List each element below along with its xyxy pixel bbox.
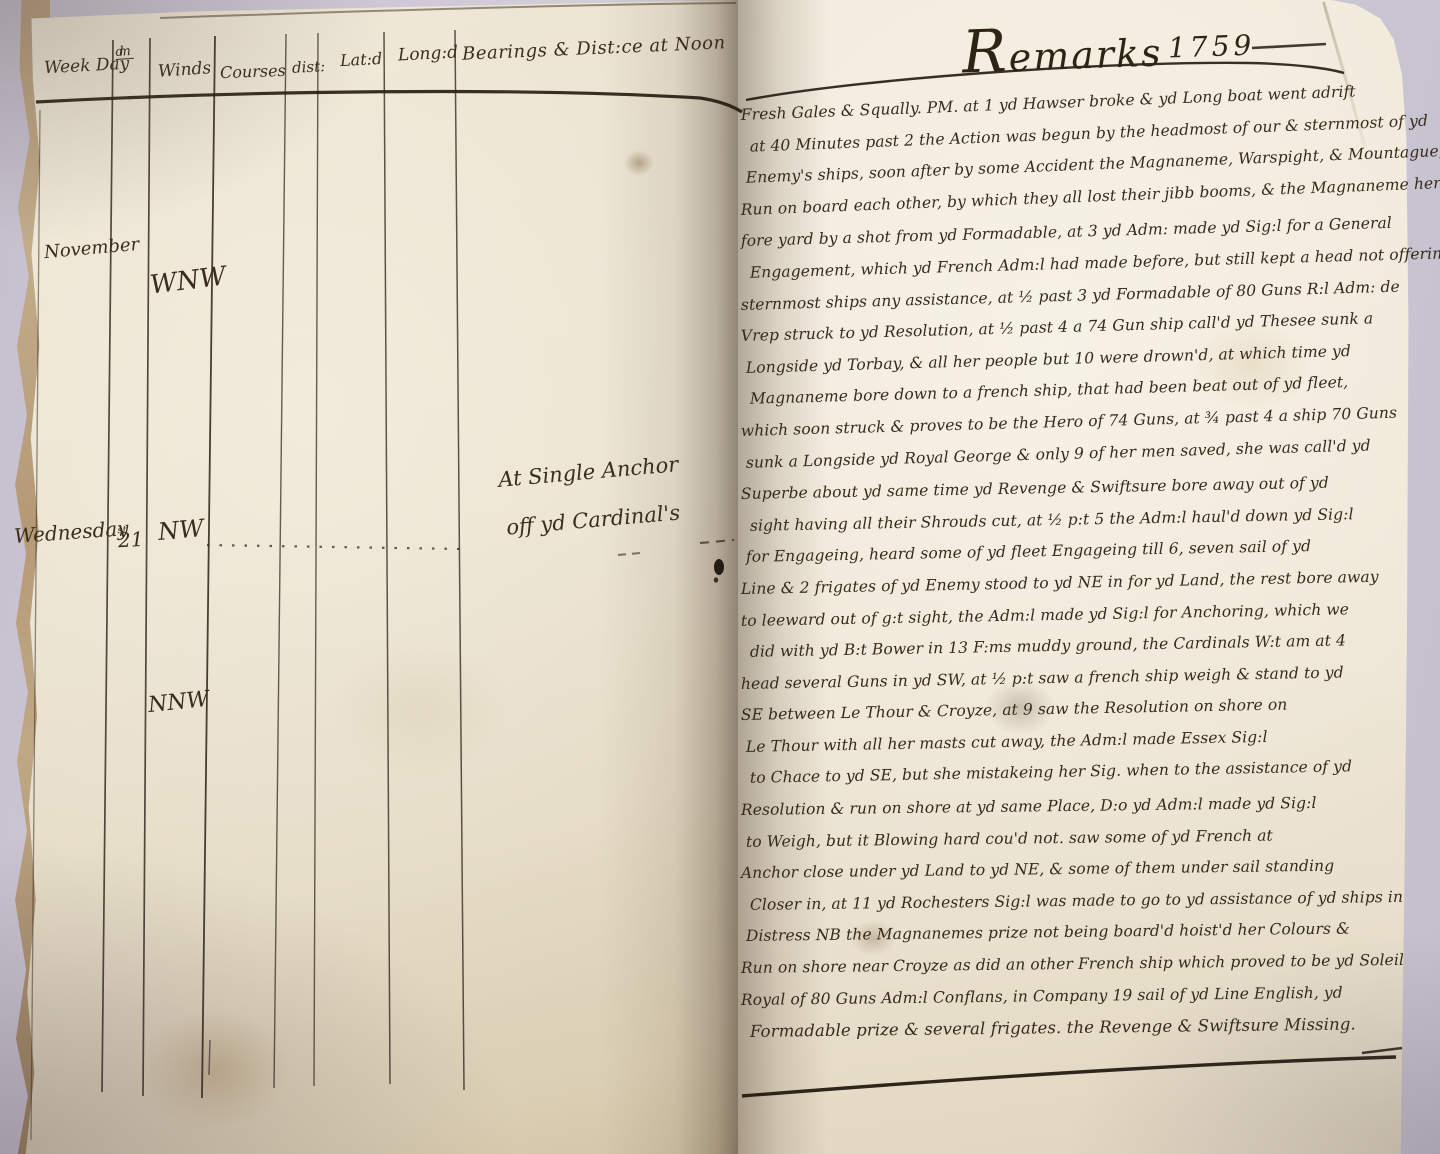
header-lat: Lat:d — [340, 49, 383, 70]
remarks-text-block: Fresh Gales & Squally. PM. at 1 yd Hawse… — [741, 100, 1435, 1080]
header-long: Long:d — [398, 42, 459, 65]
logbook-photo: Week Day m d Winds Courses dist: Lat:d L… — [0, 0, 1440, 1154]
header-courses: Courses — [220, 61, 286, 82]
header-day-abbr: d — [115, 45, 124, 59]
remarks-title: Remarks — [961, 11, 1164, 87]
left-page — [20, 0, 738, 1154]
day-ordinal-mark: st — [117, 525, 127, 536]
entry-wind-nw: NW — [157, 514, 205, 546]
remarks-line: Formadable prize & several frigates. the… — [741, 1008, 1435, 1048]
entry-day-number: 21st — [117, 528, 127, 552]
remarks-year: 1759 — [1167, 28, 1255, 64]
header-winds: Winds — [157, 58, 211, 82]
header-dist: dist: — [292, 57, 326, 77]
